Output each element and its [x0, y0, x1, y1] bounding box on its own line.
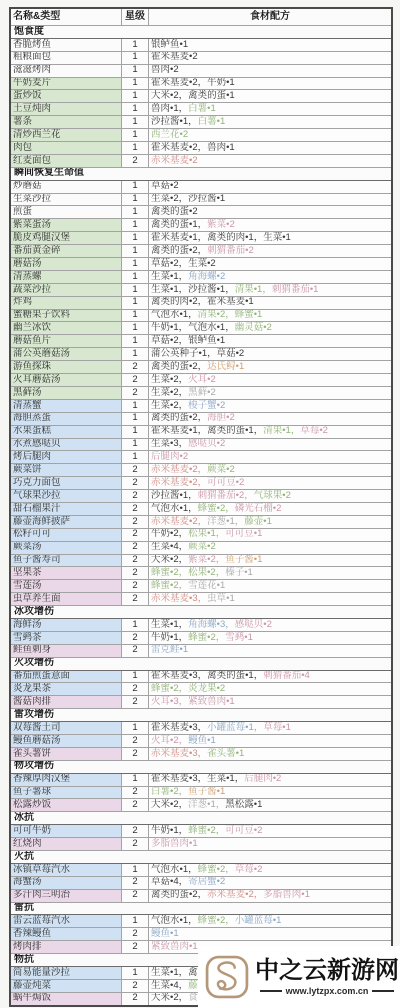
- ingredient-text: 刺猬番茄•1: [272, 284, 319, 295]
- table-row: 雷云蓝莓汽水1气泡水•1，蜂蜜•2，小罐蓝莓•1: [10, 915, 392, 928]
- ingredient-text: 禽类的肉•2，霍米基麦•1: [151, 296, 254, 307]
- ingredients-cell: 禽类的蛋•2，刺猬番茄•2: [149, 245, 393, 258]
- ingredient-text: 生菜•1，: [151, 271, 188, 282]
- star-level-cell: 2: [122, 889, 149, 902]
- ingredient-text: 刺猬番茄•2，: [198, 490, 254, 501]
- ingredient-text: 赤米基麦•2，: [151, 464, 207, 475]
- dish-name-cell: 蔬菜沙拉: [10, 283, 122, 296]
- ingredient-text: 赤米基麦•2，: [207, 889, 263, 900]
- ingredients-cell: 沙拉酱•1，刺猬番茄•2，气球果•2: [149, 490, 393, 503]
- ingredient-text: 鳗鱼•1: [188, 735, 216, 746]
- table-row: 烤后腿肉1后腿肉•2: [10, 451, 392, 464]
- ingredients-cell: 生菜•2，梭子蟹•2: [149, 399, 393, 412]
- ingredient-text: 达氏鲟•1: [207, 361, 244, 372]
- star-level-cell: 1: [122, 142, 149, 155]
- ingredients-cell: 生菜•1，角海螺•2: [149, 270, 393, 283]
- table-row: 雀头薯饼2赤米基麦•3，雀头薯•1: [10, 747, 392, 760]
- star-level-cell: 1: [122, 103, 149, 116]
- column-header-ingredients: 食材配方: [149, 8, 393, 26]
- ingredients-cell: 赤米基麦•3，雀头薯•1: [149, 747, 393, 760]
- ingredient-text: 生菜•2，: [151, 400, 188, 411]
- dish-name-cell: 蘑菇鱼片: [10, 335, 122, 348]
- ingredients-cell: 沙拉酱•1，白薯•1: [149, 116, 393, 129]
- ingredient-text: 生菜•1，: [151, 619, 188, 630]
- ingredient-text: 兽肉•2: [151, 64, 179, 75]
- watermark: 中之云新游网 www.lytzpx.com.cn: [198, 946, 400, 1008]
- ingredient-text: 草莓•2: [300, 425, 328, 436]
- dish-name-cell: 水果蛋糕: [10, 425, 122, 438]
- ingredients-cell: 兽肉•2: [149, 64, 393, 77]
- dish-name-cell: 番茄黄金碎: [10, 245, 122, 258]
- ingredient-text: 蜂蜜•2，: [198, 864, 235, 875]
- ingredient-text: 洋葱•1，: [207, 516, 244, 527]
- ingredients-cell: 蜂蜜•2，松果•2，榛子•1: [149, 567, 393, 580]
- ingredients-cell: 禽类的蛋•2: [149, 206, 393, 219]
- ingredient-text: 蜂蜜•2，炎龙果•2: [151, 683, 225, 694]
- star-level-cell: 1: [122, 64, 149, 77]
- table-row: 鲑鱼刺身2雷克鲑•1: [10, 644, 392, 657]
- ingredients-cell: 西兰花•2: [149, 129, 393, 142]
- ingredients-cell: 霍米基麦•3，禽类的蛋•1，刺猬番茄•4: [149, 670, 393, 683]
- ingredient-text: 白薯•1: [188, 103, 216, 114]
- star-level-cell: 1: [122, 309, 149, 322]
- ingredient-text: 虫草•1: [207, 593, 235, 604]
- table-row: 蔬菜沙拉1生菜•1，沙拉酱•1，清果•1，刺猬番茄•1: [10, 283, 392, 296]
- star-level-cell: 2: [122, 464, 149, 477]
- ingredient-text: 霍米基麦•1，禽类的肉•1，生菜•1: [151, 232, 291, 243]
- dish-name-cell: 薯条: [10, 116, 122, 129]
- star-level-cell: 2: [122, 154, 149, 167]
- section-title: 火攻增伤: [10, 657, 392, 670]
- ingredients-cell: 鳗鱼•1: [149, 928, 393, 941]
- table-row: 雪鹀茶2牛奶•1，蜂蜜•2，雪鹀•1: [10, 631, 392, 644]
- ingredient-text: 生菜•3，: [151, 438, 188, 449]
- dish-name-cell: 雪莲汤: [10, 580, 122, 593]
- table-row: 紫菜蛋汤1禽类的蛋•1，紫菜•2: [10, 219, 392, 232]
- ingredient-text: 清果•1，: [263, 425, 300, 436]
- star-level-cell: 1: [122, 425, 149, 438]
- dish-name-cell: 坚果茶: [10, 567, 122, 580]
- watermark-site-name: 中之云新游网: [255, 958, 399, 984]
- dish-name-cell: 冰镇草莓汽水: [10, 863, 122, 876]
- star-level-cell: 2: [122, 644, 149, 657]
- ingredients-cell: 禽类的蛋•2，赤米基麦•2，多脂兽肉•1: [149, 889, 393, 902]
- ingredient-text: 气泡水•1，: [151, 309, 198, 320]
- ingredient-text: 海胆•2: [207, 412, 235, 423]
- star-level-cell: 1: [122, 77, 149, 90]
- ingredients-cell: 生菜•3，感哒贝•2: [149, 438, 393, 451]
- table-row: 黑藓汤2生菜•2，黑藓•2: [10, 386, 392, 399]
- ingredient-text: 霍米基麦•2: [151, 51, 198, 62]
- table-row: 鱼子薯球2白薯•2，鱼子酱•1: [10, 786, 392, 799]
- table-row: 鳗鱼蘑菇汤2火耳•2，鳗鱼•1: [10, 734, 392, 747]
- table-row: 多汁肉三明治2禽类的蛋•2，赤米基麦•2，多脂兽肉•1: [10, 889, 392, 902]
- star-level-cell: 2: [122, 386, 149, 399]
- star-level-cell: 1: [122, 348, 149, 361]
- ingredient-text: 雪莲花•1: [188, 580, 225, 591]
- recipe-table: 名称&类型 星级 食材配方 饱食度香脆烤鱼1银鲈鱼•1粗粮面包1霍米基麦•2滋滋…: [9, 7, 393, 1007]
- table-row: 幽兰冰饮1牛奶•1，气泡水•1，幽灵菇•2: [10, 322, 392, 335]
- star-level-cell: 2: [122, 631, 149, 644]
- ingredients-cell: 霍米基麦•2，兽肉•1: [149, 142, 393, 155]
- dish-name-cell: 巧克力面包: [10, 477, 122, 490]
- section-title: 雷抗: [10, 902, 392, 915]
- star-level-cell: 2: [122, 786, 149, 799]
- table-row: 蕨菜饼2赤米基麦•2，蕨菜•2: [10, 464, 392, 477]
- table-row: 红麦面包2赤米基麦•2: [10, 154, 392, 167]
- star-level-cell: 1: [122, 335, 149, 348]
- ingredient-text: 蜂蜜•2，: [188, 825, 225, 836]
- section-title: 饱食度: [10, 26, 392, 39]
- ingredient-text: 可可豆•2: [225, 825, 262, 836]
- table-row: 清蒸蟹1生菜•2，梭子蟹•2: [10, 399, 392, 412]
- ingredients-cell: 禽类的蛋•2，达氏鲟•1: [149, 361, 393, 374]
- table-row: 土豆炖肉1兽肉•1，白薯•1: [10, 103, 392, 116]
- star-level-cell: 1: [122, 51, 149, 64]
- section-header-row: 物攻增伤: [10, 760, 392, 773]
- ingredient-text: 赤米基麦•3，: [151, 748, 207, 759]
- dish-name-cell: 清蒸螺: [10, 270, 122, 283]
- star-level-cell: 2: [122, 541, 149, 554]
- ingredient-text: 雪鹀•1: [225, 632, 253, 643]
- table-row: 海蟹汤2草菇•4，寄居蟹•2: [10, 876, 392, 889]
- dish-name-cell: 蕨菜汤: [10, 541, 122, 554]
- dish-name-cell: 火耳蘑菇汤: [10, 374, 122, 387]
- dish-name-cell: 香辣厚肉汉堡: [10, 773, 122, 786]
- ingredients-cell: 禽类的肉•2，霍米基麦•1: [149, 296, 393, 309]
- star-level-cell: 1: [122, 90, 149, 103]
- ingredient-text: 后腿肉•2: [244, 773, 281, 784]
- dish-name-cell: 清炒西兰花: [10, 129, 122, 142]
- section-header-row: 雷攻增伤: [10, 709, 392, 722]
- ingredients-cell: 火耳•2，鳗鱼•1: [149, 734, 393, 747]
- dish-name-cell: 香辣鳗鱼: [10, 928, 122, 941]
- table-row: 生菜沙拉1生菜•2，沙拉酱•1: [10, 193, 392, 206]
- ingredient-text: 生菜•2，: [151, 387, 188, 398]
- ingredients-cell: 兽肉•1，白薯•1: [149, 103, 393, 116]
- column-header-name-type: 名称&类型: [10, 8, 122, 26]
- ingredient-text: 赤米基麦•2，: [151, 477, 207, 488]
- section-title: 物攻增伤: [10, 760, 392, 773]
- star-level-cell: 1: [122, 399, 149, 412]
- ingredient-text: 沙拉酱•1，: [151, 490, 198, 501]
- ingredient-text: 气泡水•1，: [151, 915, 198, 926]
- ingredients-cell: 蜂蜜•2，雪莲花•1: [149, 580, 393, 593]
- ingredients-cell: 气泡水•1，清果•2，蜂蜜•1: [149, 309, 393, 322]
- star-level-cell: 1: [122, 296, 149, 309]
- ingredient-text: 角海螺•2: [188, 271, 225, 282]
- table-row: 水煮感哒贝1生菜•3，感哒贝•2: [10, 438, 392, 451]
- dish-name-cell: 滋滋烤肉: [10, 64, 122, 77]
- ingredients-cell: 草菇•4，寄居蟹•2: [149, 876, 393, 889]
- dish-name-cell: 蜜糖果子饮料: [10, 309, 122, 322]
- ingredients-cell: 大米•2，紫菜•2，鱼子酱•1: [149, 554, 393, 567]
- ingredient-text: 磷光石榴•2: [235, 503, 282, 514]
- ingredient-text: 紫菜•2，: [188, 554, 225, 565]
- dish-name-cell: 烤肉排: [10, 941, 122, 954]
- ingredient-text: 蜂蜜•2，: [151, 580, 188, 591]
- ingredients-cell: 赤米基麦•3，虫草•1: [149, 593, 393, 606]
- dish-name-cell: 松露炒饭: [10, 799, 122, 812]
- table-row: 蜜糖果子饮料1气泡水•1，清果•2，蜂蜜•1: [10, 309, 392, 322]
- star-level-cell: 2: [122, 876, 149, 889]
- table-row: 脆皮鸡腿汉堡1霍米基麦•1，禽类的肉•1，生菜•1: [10, 232, 392, 245]
- ingredient-text: 蒲公英种子•1，草菇•2: [151, 348, 244, 359]
- star-level-cell: 2: [122, 992, 149, 1005]
- table-row: 蛋炒饭1大米•2，禽类的蛋•1: [10, 90, 392, 103]
- column-header-star-level: 星级: [122, 8, 149, 26]
- ingredients-cell: 生菜•2，火耳•2: [149, 374, 393, 387]
- ingredients-cell: 后腿肉•2: [149, 451, 393, 464]
- watermark-logo-icon: [204, 954, 250, 1000]
- table-row: 鱼子酱寿司2大米•2，紫菜•2，鱼子酱•1: [10, 554, 392, 567]
- ingredient-text: 感哒贝•2: [235, 619, 272, 630]
- ingredients-cell: 生菜•1，角海螺•3，感哒贝•2: [149, 618, 393, 631]
- ingredient-text: 刺猬番茄•4: [263, 670, 310, 681]
- star-level-cell: 2: [122, 683, 149, 696]
- ingredient-text: 赤米基麦•2: [151, 155, 198, 166]
- dish-name-cell: 鱼子酱寿司: [10, 554, 122, 567]
- ingredients-cell: 霍米基麦•3，小罐蓝莓•1，草莓•1: [149, 722, 393, 735]
- ingredient-text: 角海螺•3，: [188, 619, 235, 630]
- star-level-cell: 1: [122, 863, 149, 876]
- star-level-cell: 2: [122, 734, 149, 747]
- dish-name-cell: 蒲公英蘑菇汤: [10, 348, 122, 361]
- section-header-row: 火抗: [10, 851, 392, 864]
- star-level-cell: 2: [122, 941, 149, 954]
- ingredients-cell: 雷克鲑•1: [149, 644, 393, 657]
- dish-name-cell: 鳗鱼蘑菇汤: [10, 734, 122, 747]
- star-level-cell: 1: [122, 618, 149, 631]
- table-row: 炒蘑菇1草菇•2: [10, 180, 392, 193]
- ingredients-cell: 牛奶•1，蜂蜜•2，雪鹀•1: [149, 631, 393, 644]
- star-level-cell: 2: [122, 825, 149, 838]
- ingredient-text: 火耳•2，: [151, 735, 188, 746]
- ingredient-text: 雀头薯•1: [207, 748, 244, 759]
- table-row: 水果蛋糕1霍米基麦•1，禽类的蛋•1，清果•1，草莓•2: [10, 425, 392, 438]
- ingredient-text: 清果•1，: [235, 284, 272, 295]
- star-level-cell: 1: [122, 270, 149, 283]
- star-level-cell: 1: [122, 245, 149, 258]
- watermark-url-row: www.lytzpx.com.cn: [255, 986, 399, 996]
- ingredient-text: 牛奶•1，气泡水•1，: [151, 322, 235, 333]
- dish-name-cell: 藤壶海鲜披萨: [10, 515, 122, 528]
- table-row: 滋滋烤肉1兽肉•2: [10, 64, 392, 77]
- ingredient-text: 黑松露•1: [225, 799, 262, 810]
- star-level-cell: 1: [122, 129, 149, 142]
- dish-name-cell: 番茄煎蛋意面: [10, 670, 122, 683]
- ingredient-text: 鱼子酱•1: [188, 786, 225, 797]
- star-level-cell: 1: [122, 232, 149, 245]
- table-row: 番茄煎蛋意面1霍米基麦•3，禽类的蛋•1，刺猬番茄•4: [10, 670, 392, 683]
- ingredient-text: 可可豆•2: [207, 477, 244, 488]
- table-row: 藤壶海鲜披萨2赤米基麦•2，洋葱•1，藤壶•1: [10, 515, 392, 528]
- ingredient-text: 霍米基麦•2，兽肉•1: [151, 142, 235, 153]
- ingredients-cell: 生菜•1，沙拉酱•1，清果•1，刺猬番茄•1: [149, 283, 393, 296]
- ingredient-text: 西兰花•2: [151, 129, 188, 140]
- table-row: 番茄黄金碎1禽类的蛋•2，刺猬番茄•2: [10, 245, 392, 258]
- star-level-cell: 2: [122, 374, 149, 387]
- ingredients-cell: 蜂蜜•2，炎龙果•2: [149, 683, 393, 696]
- ingredient-text: 大米•2，: [151, 992, 188, 1003]
- ingredients-cell: 银鲈鱼•1: [149, 38, 393, 51]
- dish-name-cell: 幽兰冰饮: [10, 322, 122, 335]
- ingredient-text: 幽灵菇•2: [235, 322, 272, 333]
- table-row: 海胆蒸蛋1禽类的蛋•2，海胆•2: [10, 412, 392, 425]
- dish-name-cell: 炸鸡: [10, 296, 122, 309]
- ingredient-text: 草菇•4，: [151, 876, 188, 887]
- ingredient-text: 蜂蜜•2，: [198, 503, 235, 514]
- ingredient-text: 生菜•4，: [151, 541, 188, 552]
- star-level-cell: 1: [122, 116, 149, 129]
- table-header-row: 名称&类型 星级 食材配方: [10, 8, 392, 26]
- ingredient-text: 沙拉酱•1，: [151, 116, 198, 127]
- ingredient-text: 火耳•2: [188, 374, 216, 385]
- table-row: 清炒西兰花1西兰花•2: [10, 129, 392, 142]
- star-level-cell: 1: [122, 915, 149, 928]
- ingredient-text: 霍米基麦•3，生菜•1，: [151, 773, 244, 784]
- ingredient-text: 禽类的蛋•2，: [151, 412, 207, 423]
- star-level-cell: 2: [122, 528, 149, 541]
- star-level-cell: 2: [122, 928, 149, 941]
- ingredient-text: 多脂兽肉•1: [263, 889, 310, 900]
- ingredients-cell: 霍米基麦•2: [149, 51, 393, 64]
- table-row: 肉包1霍米基麦•2，兽肉•1: [10, 142, 392, 155]
- ingredient-text: 霍米基麦•1，禽类的蛋•1，: [151, 425, 263, 436]
- dish-name-cell: 蛋炒饭: [10, 90, 122, 103]
- star-level-cell: 1: [122, 38, 149, 51]
- ingredients-cell: 赤米基麦•2，洋葱•1，藤壶•1: [149, 515, 393, 528]
- star-level-cell: 2: [122, 554, 149, 567]
- ingredient-text: 大米•2，: [151, 554, 188, 565]
- ingredient-text: 寄居蟹•2: [188, 876, 225, 887]
- dish-name-cell: 海胆蒸蛋: [10, 412, 122, 425]
- ingredients-cell: 霍米基麦•1，禽类的蛋•1，清果•1，草莓•2: [149, 425, 393, 438]
- ingredients-cell: 白薯•2，鱼子酱•1: [149, 786, 393, 799]
- ingredient-text: 霍米基麦•3，: [151, 722, 207, 733]
- dish-name-cell: 虫草养生面: [10, 593, 122, 606]
- dish-name-cell: 黑藓汤: [10, 386, 122, 399]
- ingredients-cell: 生菜•2，沙拉酱•1: [149, 193, 393, 206]
- dish-name-cell: 松籽可可: [10, 528, 122, 541]
- table-row: 炎龙果茶2蜂蜜•2，炎龙果•2: [10, 683, 392, 696]
- ingredient-text: 牛奶•1，: [151, 825, 188, 836]
- ingredients-cell: 气泡水•1，蜂蜜•2，磷光石榴•2: [149, 502, 393, 515]
- dish-name-cell: 水煮感哒贝: [10, 438, 122, 451]
- table-row: 巧克力面包2赤米基麦•2，可可豆•2: [10, 477, 392, 490]
- section-title: 瞬间恢复生命值: [10, 167, 392, 180]
- table-row: 粗粮面包1霍米基麦•2: [10, 51, 392, 64]
- ingredient-text: 霍米基麦•3，禽类的蛋•1，: [151, 670, 263, 681]
- star-level-cell: 1: [122, 722, 149, 735]
- dish-name-cell: 粗粮面包: [10, 51, 122, 64]
- dish-name-cell: 双莓酱土司: [10, 722, 122, 735]
- section-title: 冰抗: [10, 812, 392, 825]
- ingredients-cell: 气泡水•1，蜂蜜•2，小罐蓝莓•1: [149, 915, 393, 928]
- ingredients-cell: 牛奶•1，蜂蜜•2，可可豆•2: [149, 825, 393, 838]
- table-row: 薯条1沙拉酱•1，白薯•1: [10, 116, 392, 129]
- star-level-cell: 1: [122, 206, 149, 219]
- ingredients-cell: 多脂兽肉•1: [149, 838, 393, 851]
- dish-name-cell: 清蒸蟹: [10, 399, 122, 412]
- dish-name-cell: 多汁肉三明治: [10, 889, 122, 902]
- star-level-cell: 1: [122, 219, 149, 232]
- star-level-cell: 1: [122, 967, 149, 980]
- table-row: 香辣厚肉汉堡1霍米基麦•3，生菜•1，后腿肉•2: [10, 773, 392, 786]
- ingredient-text: 大米•2，: [151, 799, 188, 810]
- star-level-cell: 2: [122, 799, 149, 812]
- ingredients-cell: 牛奶•2，松果•1，可可豆•1: [149, 528, 393, 541]
- ingredients-cell: 大米•2，洋葱•1，黑松露•1: [149, 799, 393, 812]
- star-level-cell: 1: [122, 412, 149, 425]
- dish-name-cell: 雷云蓝莓汽水: [10, 915, 122, 928]
- table-row: 气球果沙拉2沙拉酱•1，刺猬番茄•2，气球果•2: [10, 490, 392, 503]
- watermark-left-dash: [260, 990, 282, 992]
- dish-name-cell: 红烧肉: [10, 838, 122, 851]
- ingredient-text: 白薯•2，: [151, 786, 188, 797]
- section-title: 雷攻增伤: [10, 709, 392, 722]
- ingredient-text: 黑藓•2: [188, 387, 216, 398]
- table-row: 蘑菇汤1草菇•2，生菜•2: [10, 258, 392, 271]
- ingredients-cell: 草菇•2，银鲈鱼•1: [149, 335, 393, 348]
- dish-name-cell: 海鲜汤: [10, 618, 122, 631]
- ingredient-text: 禽类的蛋•2，: [151, 361, 207, 372]
- ingredient-text: 气泡水•1，: [151, 864, 198, 875]
- ingredients-cell: 霍米基麦•1，禽类的肉•1，生菜•1: [149, 232, 393, 245]
- star-level-cell: 1: [122, 773, 149, 786]
- table-row: 松籽可可2牛奶•2，松果•1，可可豆•1: [10, 528, 392, 541]
- dish-name-cell: 甜石榴果汁: [10, 502, 122, 515]
- ingredient-text: 生菜•4，: [151, 980, 188, 991]
- ingredients-cell: 赤米基麦•2，蕨菜•2: [149, 464, 393, 477]
- star-level-cell: 1: [122, 283, 149, 296]
- table-row: 煎蛋1禽类的蛋•2: [10, 206, 392, 219]
- star-level-cell: 2: [122, 515, 149, 528]
- table-row: 甜石榴果汁2气泡水•1，蜂蜜•2，磷光石榴•2: [10, 502, 392, 515]
- dish-name-cell: 雪鹀茶: [10, 631, 122, 644]
- ingredients-cell: 草菇•2，生菜•2: [149, 258, 393, 271]
- section-header-row: 冰攻增伤: [10, 606, 392, 619]
- ingredient-text: 清果•2，蜂蜜•1: [198, 309, 263, 320]
- dish-name-cell: 可可牛奶: [10, 825, 122, 838]
- ingredient-text: 蜂蜜•2，: [198, 915, 235, 926]
- ingredient-text: 草莓•2: [235, 864, 263, 875]
- dish-name-cell: 炒蘑菇: [10, 180, 122, 193]
- ingredients-cell: 生菜•2，黑藓•2: [149, 386, 393, 399]
- section-header-row: 瞬间恢复生命值: [10, 167, 392, 180]
- section-header-row: 雷抗: [10, 902, 392, 915]
- dish-name-cell: 烤后腿肉: [10, 451, 122, 464]
- table-row: 松露炒饭2大米•2，洋葱•1，黑松露•1: [10, 799, 392, 812]
- star-level-cell: 1: [122, 322, 149, 335]
- star-level-cell: 2: [122, 361, 149, 374]
- ingredient-text: 生菜•2，沙拉酱•1: [151, 193, 225, 204]
- dish-name-cell: 土豆炖肉: [10, 103, 122, 116]
- ingredients-cell: 禽类的蛋•2，海胆•2: [149, 412, 393, 425]
- star-level-cell: 2: [122, 747, 149, 760]
- table-row: 红烧肉2多脂兽肉•1: [10, 838, 392, 851]
- dish-name-cell: 肉包: [10, 142, 122, 155]
- dish-name-cell: 雀头薯饼: [10, 747, 122, 760]
- table-row: 游鱼探珠2禽类的蛋•2，达氏鲟•1: [10, 361, 392, 374]
- table-row: 蒲公英蘑菇汤1蒲公英种子•1，草菇•2: [10, 348, 392, 361]
- ingredients-cell: 赤米基麦•2，可可豆•2: [149, 477, 393, 490]
- ingredient-text: 雷克鲑•1: [151, 644, 188, 655]
- table-row: 香脆烤鱼1银鲈鱼•1: [10, 38, 392, 51]
- ingredient-text: 草菇•2，生菜•2: [151, 258, 216, 269]
- dish-name-cell: 游鱼探珠: [10, 361, 122, 374]
- watermark-site-url: www.lytzpx.com.cn: [286, 986, 369, 996]
